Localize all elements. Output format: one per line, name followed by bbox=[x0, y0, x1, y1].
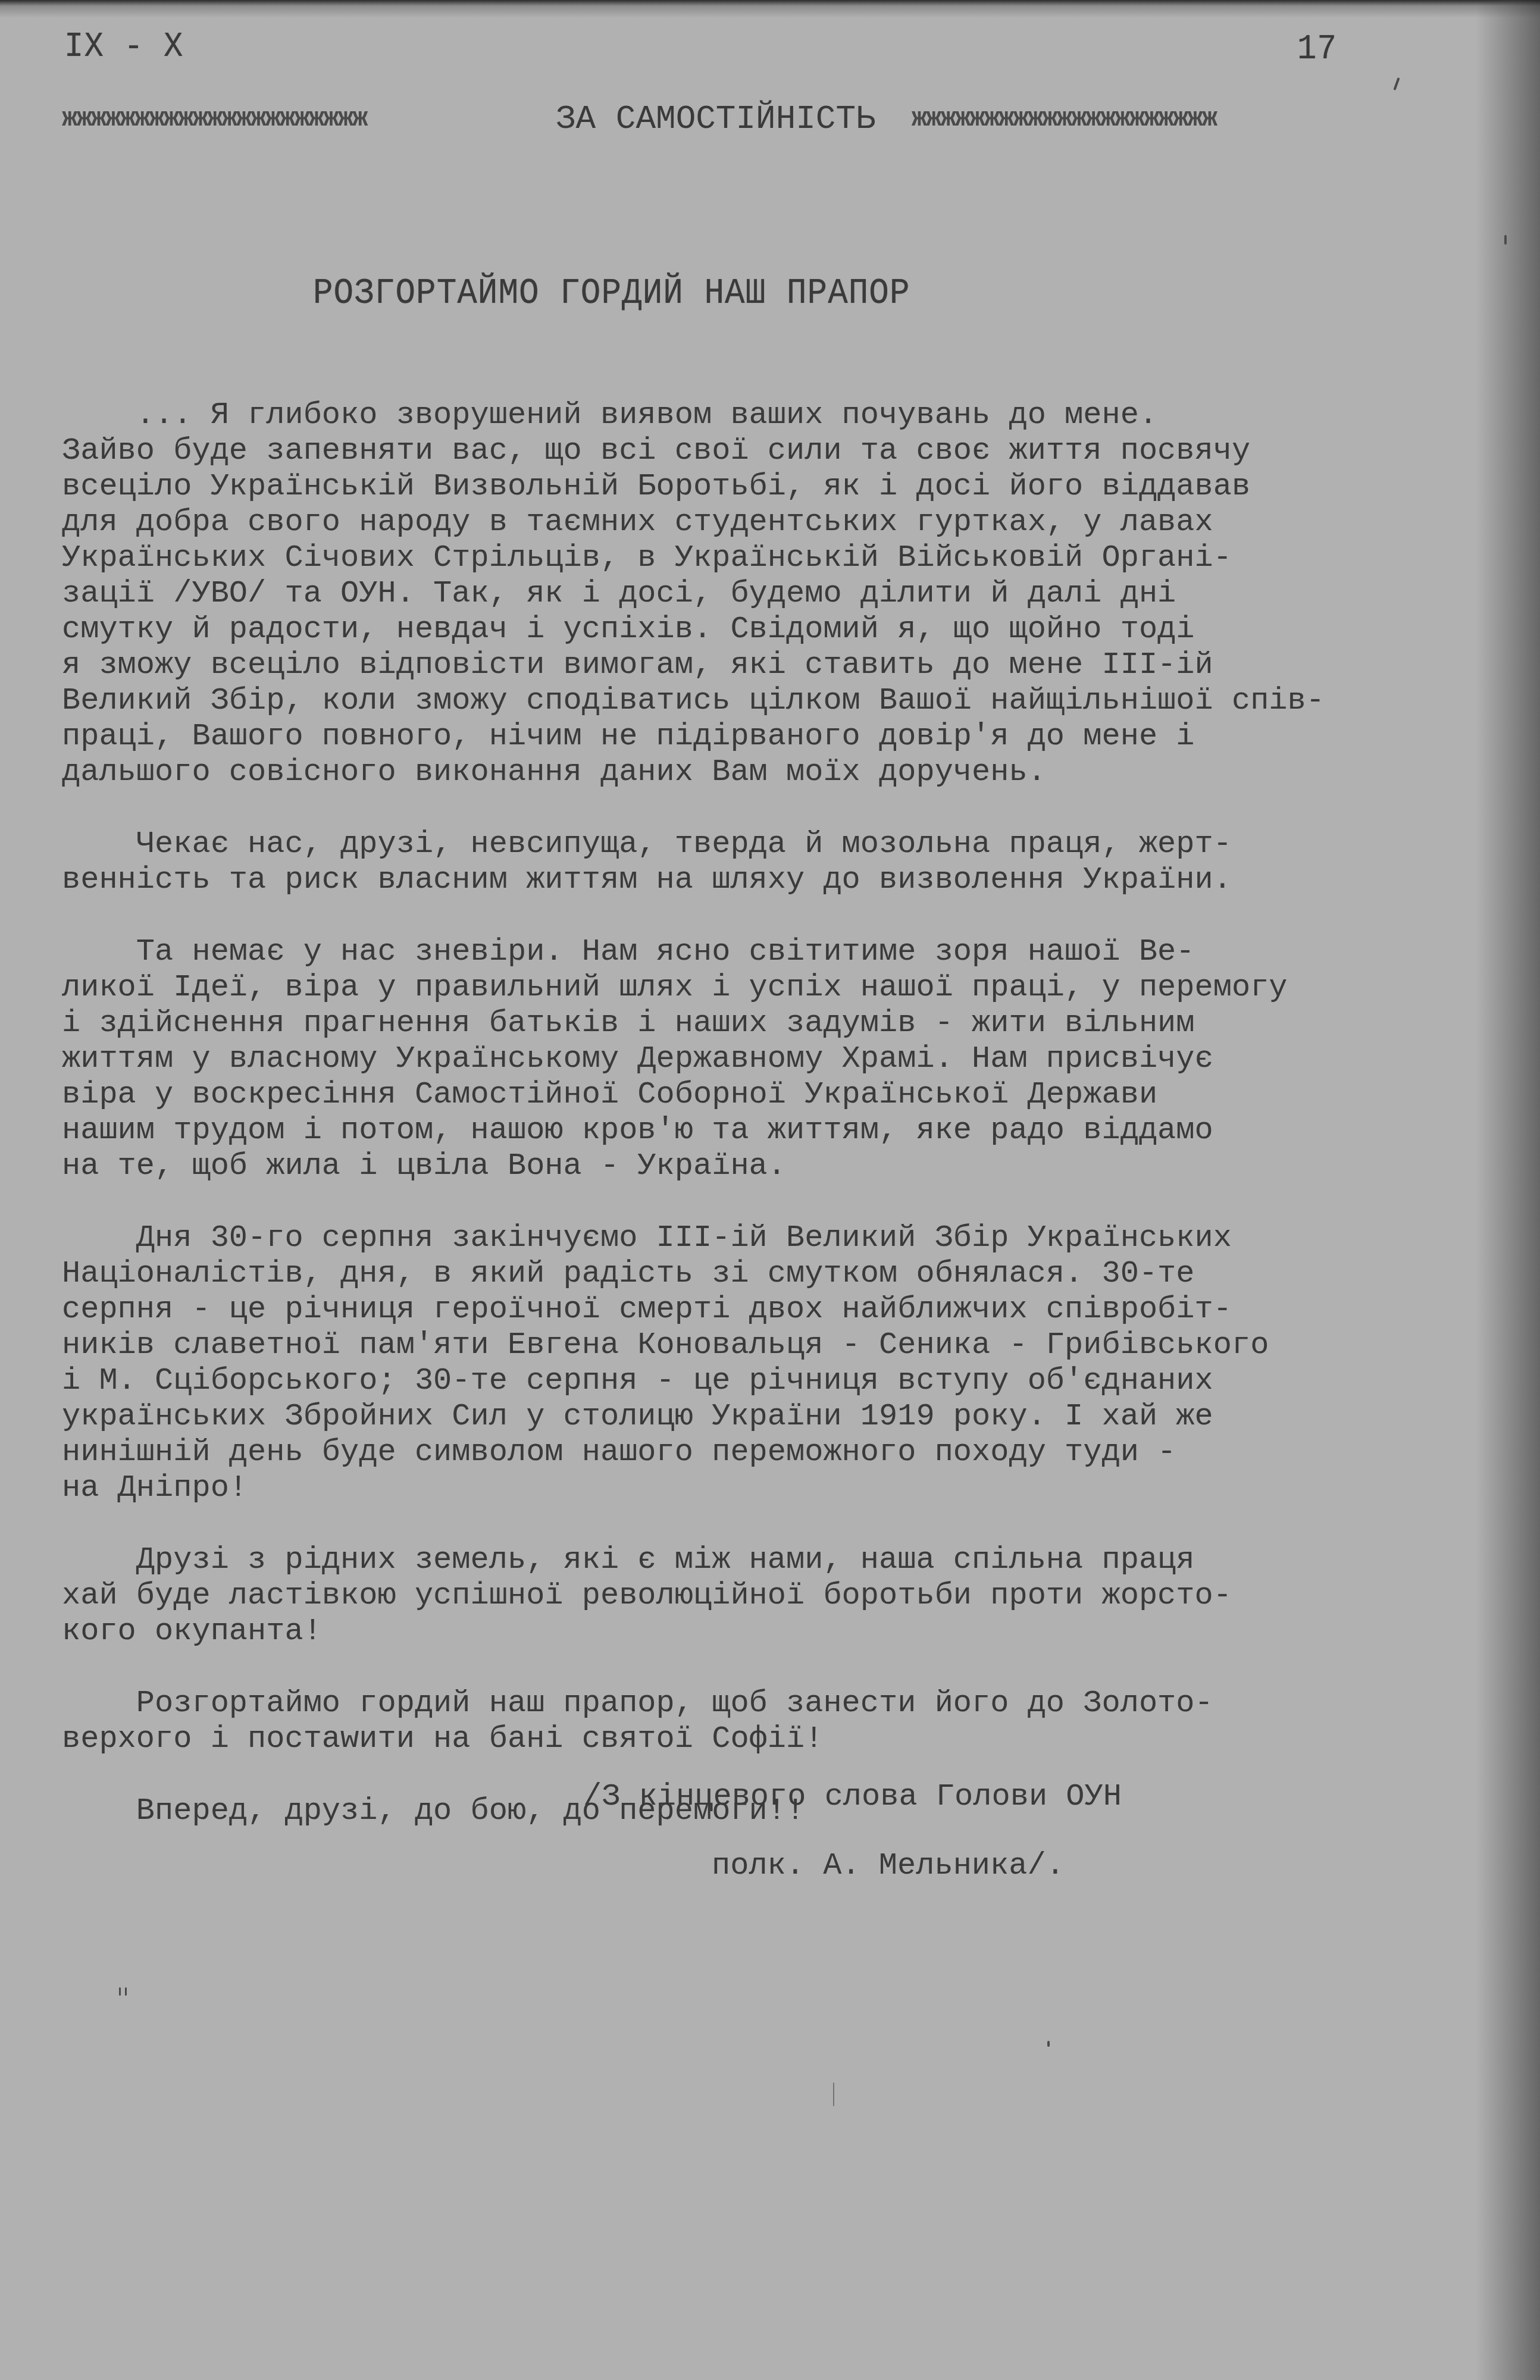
scan-speck bbox=[1047, 2041, 1050, 2047]
paragraph-4: Дня 30-го серпня закінчуємо III-ій Велик… bbox=[62, 1220, 1502, 1506]
article-title: РОЗГОРТАЙМО ГОРДИЙ НАШ ПРАПОР bbox=[313, 274, 910, 312]
text-line: зації /УВО/ та ОУН. Так, як і досі, буде… bbox=[62, 576, 1502, 612]
text-line: ликої Ідеї, віра у правильний шлях і усп… bbox=[62, 970, 1502, 1006]
paragraph-6: Розгортаймо гордий наш прапор, щоб занес… bbox=[62, 1686, 1502, 1757]
text-line: Друзі з рідних земель, які є між нами, н… bbox=[62, 1542, 1502, 1578]
text-line: всеціло Українській Визвольній Боротьбі,… bbox=[62, 469, 1502, 505]
paragraph-1: ... Я глибоко зворушений виявом ваших по… bbox=[62, 397, 1502, 790]
page-number: 17 bbox=[1297, 31, 1337, 70]
text-line: Великий Збір, коли зможу сподіватись ціл… bbox=[62, 683, 1502, 719]
text-line: віра у воскресіння Самостійної Соборної … bbox=[62, 1077, 1502, 1113]
text-line: життям у власному Українському Державном… bbox=[62, 1041, 1502, 1077]
text-line: я зможу всеціло відповісти вимогам, які … bbox=[62, 647, 1502, 683]
scan-speck bbox=[1393, 77, 1400, 90]
text-line: ... Я глибоко зворушений виявом ваших по… bbox=[62, 397, 1502, 433]
text-line: дальшого совісного виконання даних Вам м… bbox=[62, 754, 1502, 790]
masthead-separator-right: жжжжжжжжжжжжжжжжжжжжж bbox=[912, 104, 1376, 134]
issue-number: IX - X bbox=[64, 29, 183, 67]
text-line: українських Збройних Сил у столицю Украї… bbox=[62, 1399, 1502, 1435]
text-line: Націоналістів, дня, в який радість зі см… bbox=[62, 1256, 1502, 1292]
text-line: серпня - це річниця героїчної смерті дво… bbox=[62, 1292, 1502, 1327]
text-line: і М. Сціборського; 30-те серпня - це річ… bbox=[62, 1363, 1502, 1399]
text-line: Зайво буде запевняти вас, що всі свої си… bbox=[62, 433, 1502, 469]
scan-speck bbox=[1504, 235, 1507, 245]
text-line: Дня 30-го серпня закінчуємо III-ій Велик… bbox=[62, 1220, 1502, 1256]
text-line: нинішній день буде символом нашого перем… bbox=[62, 1435, 1502, 1470]
text-line: венність та риск власним життям на шляху… bbox=[62, 862, 1502, 898]
masthead-title: ЗА САМОСТІЙНІСТЬ bbox=[556, 100, 876, 138]
text-line: кого окупанта! bbox=[62, 1614, 1502, 1649]
text-line: смутку й радости, невдач і успіхів. Свід… bbox=[62, 612, 1502, 647]
masthead-separator-left: жжжжжжжжжжжжжжжжжжжжж bbox=[62, 104, 520, 134]
text-line: для добра свого народу в таємних студент… bbox=[62, 505, 1502, 540]
text-line: праці, Вашого повного, нічим не підірван… bbox=[62, 719, 1502, 754]
paragraph-5: Друзі з рідних земель, які є між нами, н… bbox=[62, 1542, 1502, 1649]
text-line: ників славетної пам'яти Евгена Коновальц… bbox=[62, 1327, 1502, 1363]
scan-speck bbox=[833, 2082, 834, 2106]
signature-source: /З кінцевого слова Голови ОУН bbox=[583, 1779, 1122, 1814]
scan-speck bbox=[119, 1987, 121, 1996]
paragraph-3: Та немає у нас зневіри. Нам ясно світити… bbox=[62, 934, 1502, 1184]
text-line: Та немає у нас зневіри. Нам ясно світити… bbox=[62, 934, 1502, 970]
signature-author: полк. А. Мельника/. bbox=[712, 1848, 1065, 1883]
scanned-page: IX - X 17 жжжжжжжжжжжжжжжжжжжжж ЗА САМОС… bbox=[0, 0, 1540, 2380]
article-body: ... Я глибоко зворушений виявом ваших по… bbox=[62, 397, 1502, 1865]
text-line: хай буде ластівкою успішної революційної… bbox=[62, 1578, 1502, 1614]
paragraph-2: Чекає нас, друзі, невсипуща, тверда й мо… bbox=[62, 826, 1502, 898]
text-line: Розгортаймо гордий наш прапор, щоб занес… bbox=[62, 1686, 1502, 1721]
text-line: на те, щоб жила і цвіла Вона - Україна. bbox=[62, 1148, 1502, 1184]
masthead: жжжжжжжжжжжжжжжжжжжжж ЗА САМОСТІЙНІСТЬ ж… bbox=[62, 100, 1407, 138]
text-line: і здійснення прагнення батьків і наших з… bbox=[62, 1006, 1502, 1041]
text-line: Українських Січових Стрільців, в Українс… bbox=[62, 540, 1502, 576]
text-line: на Дніпро! bbox=[62, 1470, 1502, 1506]
text-line: нашим трудом і потом, нашою кров'ю та жи… bbox=[62, 1113, 1502, 1148]
scan-speck bbox=[125, 1987, 127, 1996]
text-line: верхого і постawити на бані святої Софії… bbox=[62, 1721, 1502, 1757]
text-line: Чекає нас, друзі, невсипуща, тверда й мо… bbox=[62, 826, 1502, 862]
